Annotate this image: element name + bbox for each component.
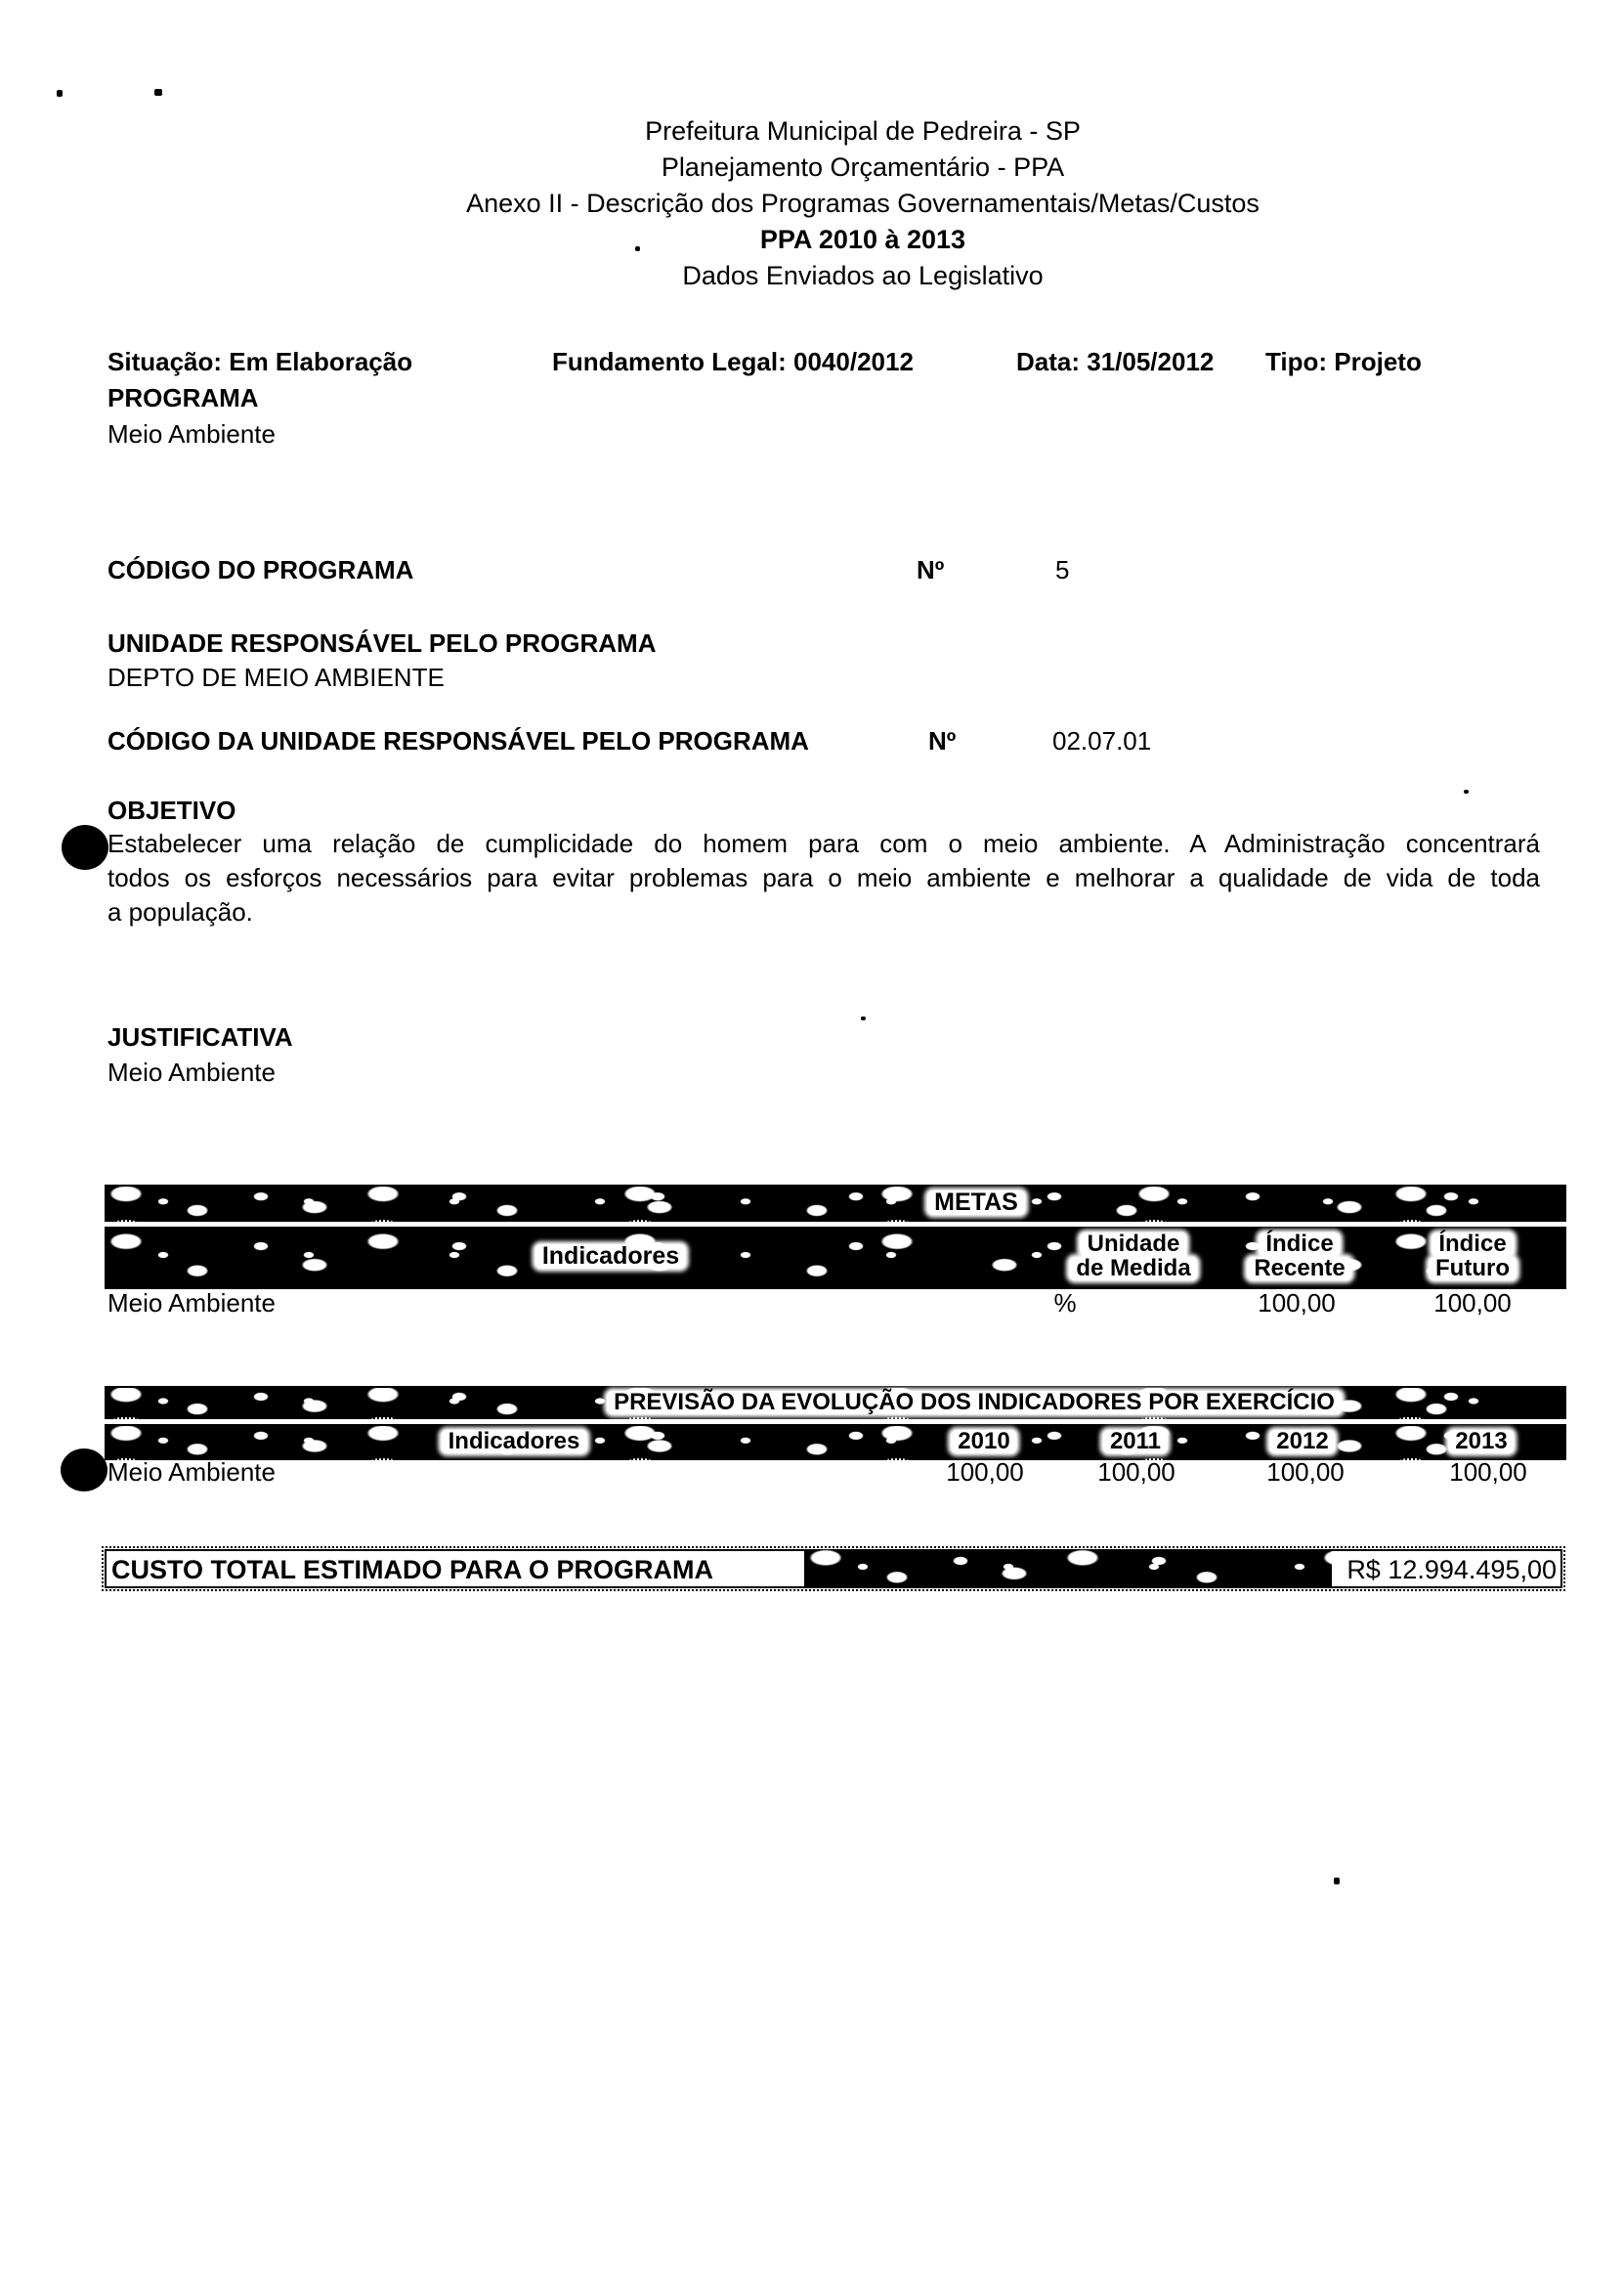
hole-punch-mark — [62, 825, 108, 870]
codigo-programa-value: 5 — [1055, 555, 1069, 584]
metas-col-recente-l1: Índice — [1259, 1232, 1340, 1256]
previsao-col-2011: 2011 — [1103, 1430, 1168, 1453]
scan-ink-blob — [804, 1549, 1332, 1588]
header-line-3: Anexo II - Descrição dos Programas Gover… — [102, 186, 1624, 222]
header-line-4: PPA 2010 à 2013 — [102, 222, 1624, 258]
metas-col-unidade: Unidade de Medida — [1069, 1232, 1197, 1281]
metas-title: METAS — [927, 1190, 1025, 1215]
unidade-responsavel-value: DEPTO DE MEIO AMBIENTE — [107, 663, 445, 692]
previsao-row-2012: 100,00 — [1266, 1457, 1345, 1487]
metas-col-unidade-l2: de Medida — [1069, 1257, 1197, 1280]
metas-row-indicador: Meio Ambiente — [107, 1288, 276, 1318]
metas-columns-row: Indicadores Unidade de Medida Índice Rec… — [105, 1227, 1566, 1289]
scan-speck — [57, 90, 63, 97]
header-line-5: Dados Enviados ao Legislativo — [102, 258, 1624, 294]
codigo-programa-label: CÓDIGO DO PROGRAMA — [107, 555, 413, 584]
codigo-unidade-label: CÓDIGO DA UNIDADE RESPONSÁVEL PELO PROGR… — [107, 726, 809, 756]
codigo-programa-num-label: Nº — [917, 555, 944, 584]
objetivo-line-1: Estabelecer uma relação de cumplicidade … — [107, 827, 1540, 861]
metas-title-row: METAS — [105, 1185, 1566, 1222]
metas-col-futuro-l2: Futuro — [1429, 1257, 1517, 1280]
previsao-row-2013: 100,00 — [1449, 1457, 1527, 1487]
scanned-document-page: Prefeitura Municipal de Pedreira - SP Pl… — [0, 0, 1624, 2291]
objetivo-line-3: a população. — [107, 895, 1540, 929]
metas-table-header: METAS Indicadores Unidade de Medida Índi… — [105, 1185, 1566, 1289]
header-line-1: Prefeitura Municipal de Pedreira - SP — [102, 113, 1624, 150]
objetivo-label: OBJETIVO — [107, 796, 235, 825]
metas-row-futuro: 100,00 — [1433, 1288, 1512, 1318]
data-label: Data: 31/05/2012 — [1016, 347, 1214, 376]
previsao-title: PREVISÃO DA EVOLUÇÃO DOS INDICADORES POR… — [607, 1391, 1342, 1414]
unidade-responsavel-label: UNIDADE RESPONSÁVEL PELO PROGRAMA — [107, 628, 656, 658]
custo-total-bar: CUSTO TOTAL ESTIMADO PARA O PROGRAMA R$ … — [105, 1549, 1562, 1588]
scan-speck — [154, 89, 162, 96]
scan-speck — [1464, 790, 1469, 794]
custo-total-label: CUSTO TOTAL ESTIMADO PARA O PROGRAMA — [111, 1555, 713, 1584]
previsao-table-header: PREVISÃO DA EVOLUÇÃO DOS INDICADORES POR… — [105, 1386, 1566, 1460]
previsao-col-indicadores: Indicadores — [442, 1430, 587, 1453]
justificativa-value: Meio Ambiente — [107, 1058, 276, 1087]
header-line-2: Planejamento Orçamentário - PPA — [102, 150, 1624, 186]
previsao-row-indicador: Meio Ambiente — [107, 1457, 276, 1487]
metas-col-unidade-l1: Unidade — [1081, 1232, 1187, 1256]
hole-punch-mark — [61, 1448, 107, 1491]
metas-col-futuro-l1: Índice — [1432, 1232, 1513, 1256]
tipo-label: Tipo: Projeto — [1265, 347, 1422, 376]
objetivo-paragraph: Estabelecer uma relação de cumplicidade … — [107, 827, 1540, 929]
programa-value: Meio Ambiente — [107, 419, 276, 449]
previsao-col-2013: 2013 — [1448, 1430, 1514, 1453]
metas-row-unidade: % — [1053, 1288, 1076, 1318]
scan-speck — [861, 1016, 866, 1020]
justificativa-label: JUSTIFICATIVA — [107, 1022, 293, 1052]
previsao-col-2012: 2012 — [1269, 1430, 1335, 1453]
metas-row-recente: 100,00 — [1258, 1288, 1336, 1318]
situacao-label: Situação: Em Elaboração — [107, 347, 412, 376]
scan-speck — [1334, 1878, 1340, 1884]
objetivo-line-2: todos os esforços necessários para evita… — [107, 861, 1540, 895]
previsao-row-2010: 100,00 — [946, 1457, 1024, 1487]
metas-col-recente-l2: Recente — [1247, 1257, 1351, 1280]
custo-total-value: R$ 12.994.495,00 — [1346, 1555, 1557, 1584]
fundamento-legal-label: Fundamento Legal: 0040/2012 — [552, 347, 914, 376]
document-header: Prefeitura Municipal de Pedreira - SP Pl… — [102, 113, 1624, 294]
previsao-col-2010: 2010 — [951, 1430, 1016, 1453]
previsao-columns-row: Indicadores 2010 2011 2012 2013 — [105, 1424, 1566, 1460]
metas-col-indicadores: Indicadores — [535, 1244, 686, 1269]
metas-col-futuro: Índice Futuro — [1429, 1232, 1517, 1281]
codigo-unidade-value: 02.07.01 — [1052, 726, 1151, 756]
previsao-title-row: PREVISÃO DA EVOLUÇÃO DOS INDICADORES POR… — [105, 1386, 1566, 1419]
codigo-unidade-num-label: Nº — [928, 726, 956, 756]
programa-label: PROGRAMA — [107, 383, 259, 412]
previsao-row-2011: 100,00 — [1097, 1457, 1175, 1487]
metas-col-recente: Índice Recente — [1247, 1232, 1351, 1281]
